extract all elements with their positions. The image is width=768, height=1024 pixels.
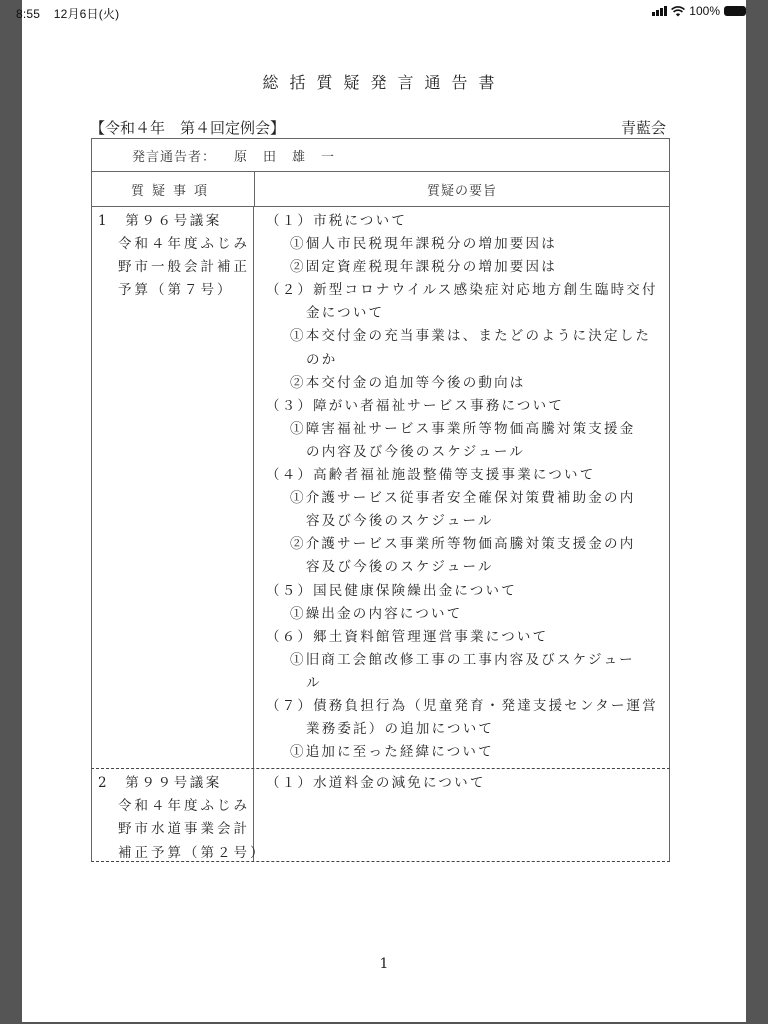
table-row: 2 第９９号議案 令和４年度ふじみ 野市水道事業会計 補正予算（第２号） （１）…: [91, 769, 670, 862]
summary-line: ル: [266, 672, 669, 695]
summary-line: 容及び今後のスケジュール: [266, 556, 669, 579]
item-title-line: 令和４年度ふじみ: [98, 795, 253, 818]
page-number: 1: [0, 956, 768, 972]
item-title: 2 第９９号議案 令和４年度ふじみ 野市水道事業会計 補正予算（第２号）: [92, 769, 254, 861]
notice-table: 発言通告者： 原田雄一 質疑事項 質疑の要旨 1 第９６号議案 令和４年度ふじみ…: [91, 138, 670, 862]
summary-line: ①介護サービス従事者安全確保対策費補助金の内: [266, 487, 669, 510]
item-summary: （１）水道料金の減免について: [254, 769, 669, 861]
meeting-label: 【令和４年 第４回定例会】: [90, 117, 285, 138]
item-title-line: 1 第９６号議案: [98, 210, 253, 233]
item-title-line: 予算（第７号）: [98, 279, 253, 302]
summary-line: ①個人市民税現年課税分の増加要因は: [266, 233, 669, 256]
item-title: 1 第９６号議案 令和４年度ふじみ 野市一般会計補正 予算（第７号）: [92, 207, 254, 768]
header-summary: 質疑の要旨: [255, 172, 669, 206]
summary-line: ②介護サービス事業所等物価高騰対策支援金の内: [266, 533, 669, 556]
summary-line: （３）障がい者福祉サービス事務について: [266, 395, 669, 418]
summary-line: のか: [266, 349, 669, 372]
summary-line: （５）国民健康保険繰出金について: [266, 580, 669, 603]
speaker-label: 発言通告者：: [132, 146, 216, 165]
status-date: 12月6日(火): [54, 7, 120, 21]
summary-line: ①繰出金の内容について: [266, 603, 669, 626]
summary-line: （７）債務負担行為（児童発育・発達支援センター運営: [266, 695, 669, 718]
summary-line: （６）郷土資料館管理運営事業について: [266, 626, 669, 649]
summary-line: 業務委託）の追加について: [266, 718, 669, 741]
summary-line: ②本交付金の追加等今後の動向は: [266, 372, 669, 395]
battery-percent: 100%: [689, 4, 720, 18]
item-title-line: 野市一般会計補正: [98, 256, 253, 279]
item-title-line: 令和４年度ふじみ: [98, 233, 253, 256]
speaker-name: 原田雄一: [234, 146, 350, 165]
summary-line: 容及び今後のスケジュール: [266, 510, 669, 533]
speaker-row: 発言通告者： 原田雄一: [91, 138, 670, 171]
header-row: 質疑事項 質疑の要旨: [91, 171, 670, 207]
status-time: 8:55: [16, 7, 40, 21]
summary-line: 金について: [266, 302, 669, 325]
summary-line: ①旧商工会館改修工事の工事内容及びスケジュー: [266, 649, 669, 672]
header-item: 質疑事項: [92, 172, 255, 206]
summary-line: の内容及び今後のスケジュール: [266, 441, 669, 464]
summary-line: （２）新型コロナウイルス感染症対応地方創生臨時交付: [266, 279, 669, 302]
summary-line: ①追加に至った経緯について: [266, 741, 669, 764]
summary-line: （４）高齢者福祉施設整備等支援事業について: [266, 464, 669, 487]
summary-line: （１）市税について: [266, 210, 669, 233]
summary-line: ②固定資産税現年課税分の増加要因は: [266, 256, 669, 279]
document-title: 総括質疑発言通告書: [0, 70, 768, 93]
item-title-line: 補正予算（第２号）: [98, 842, 253, 865]
item-title-line: 2 第９９号議案: [98, 772, 253, 795]
summary-line: ①本交付金の充当事業は、またどのように決定した: [266, 325, 669, 348]
wifi-icon: [671, 6, 685, 17]
cellular-signal-icon: [652, 6, 667, 16]
summary-line: （１）水道料金の減免について: [266, 772, 669, 795]
item-summary: （１）市税について①個人市民税現年課税分の増加要因は②固定資産税現年課税分の増加…: [254, 207, 669, 768]
item-title-line: 野市水道事業会計: [98, 818, 253, 841]
summary-line: ①障害福祉サービス事業所等物価高騰対策支援金: [266, 418, 669, 441]
status-bar: 8:55 12月6日(火) 100%: [0, 0, 768, 24]
battery-icon: [724, 6, 746, 16]
table-row: 1 第９６号議案 令和４年度ふじみ 野市一般会計補正 予算（第７号） （１）市税…: [91, 207, 670, 769]
group-name: 青藍会: [621, 117, 666, 138]
